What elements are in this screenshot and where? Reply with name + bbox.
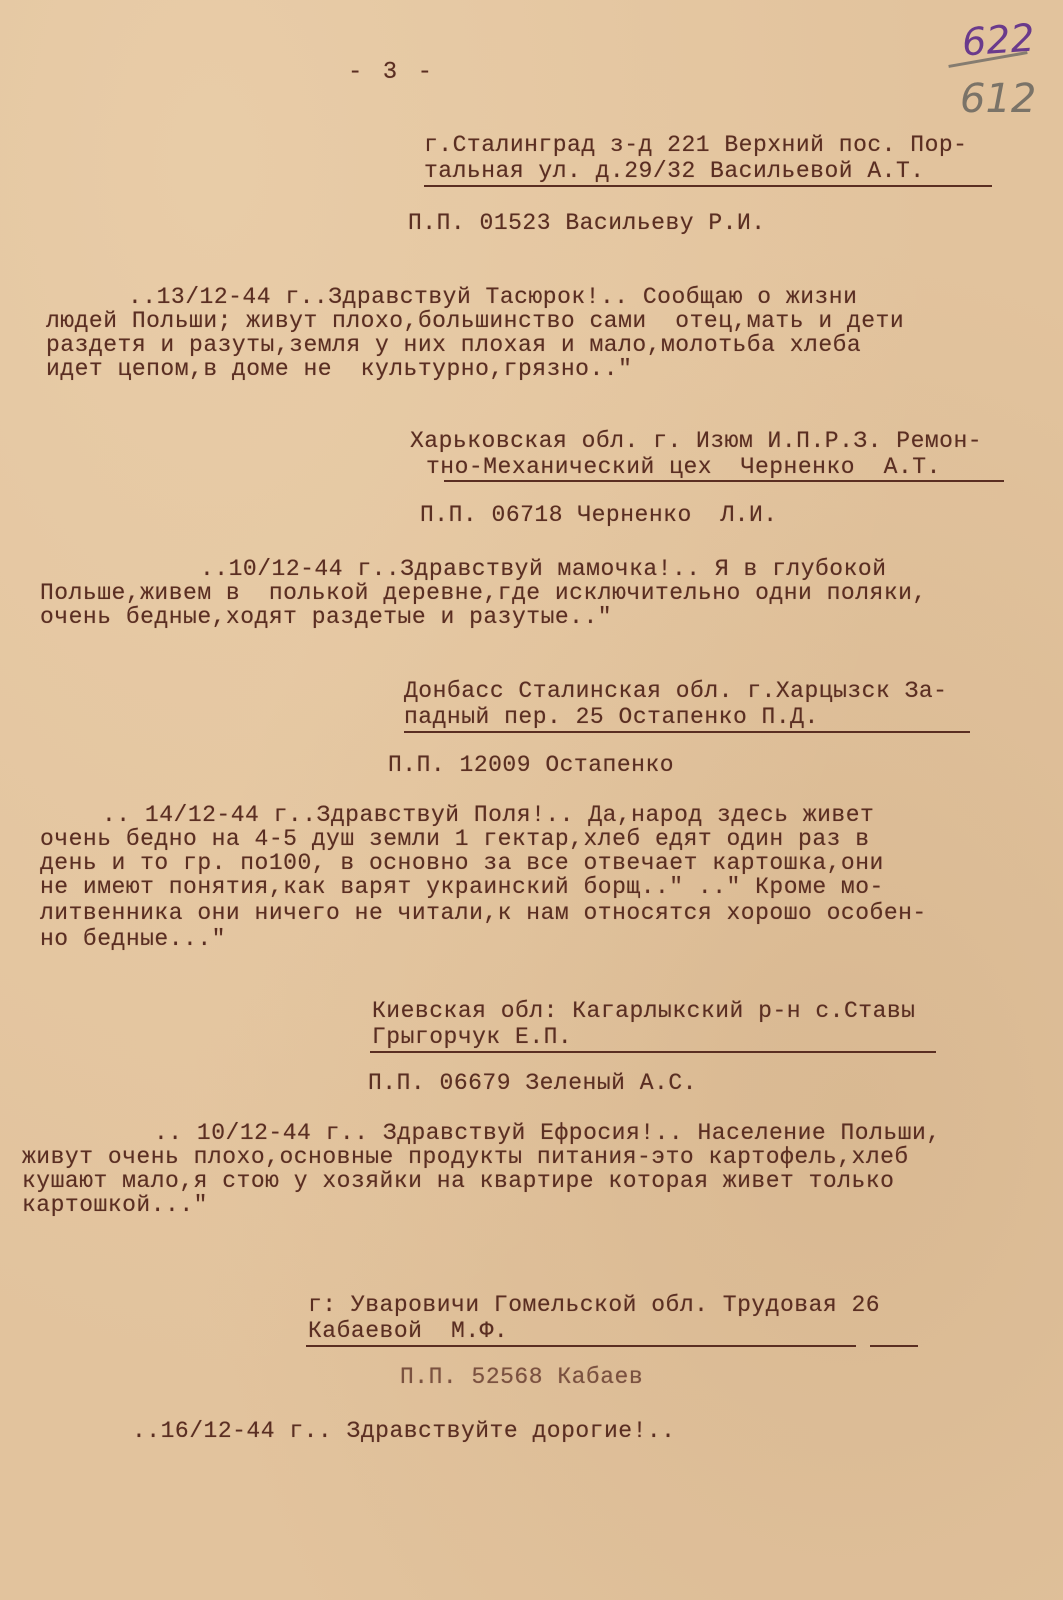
entry-4-letter-line-2: живут очень плохо,основные продукты пита… [22, 1144, 909, 1170]
entry-3-address-line-1: Донбасс Сталинская обл. г.Харцызск За- [404, 678, 948, 704]
entry-2-letter-line-2: Польше,живем в полькой деревне,где исклю… [40, 580, 927, 606]
entry-1-letter-line-1: ..13/12-44 г..Здравствуй Тасюрок!.. Сооб… [128, 284, 857, 310]
entry-1-letter-line-4: идет цепом,в доме не культурно,грязно.." [46, 356, 632, 382]
entry-4-address-underline [370, 1051, 936, 1053]
entry-3-letter-line-4: не имеют понятия,как варят украинский бо… [40, 874, 884, 900]
archive-number-current: 612 [960, 76, 1036, 122]
entry-3-sender: П.П. 12009 Остапенко [388, 752, 674, 778]
entry-5-address-underline-tail [870, 1345, 918, 1347]
entry-4-letter-line-4: картошкой..." [22, 1192, 208, 1218]
entry-4-sender: П.П. 06679 Зеленый А.С. [368, 1070, 697, 1096]
entry-5-address-underline [306, 1345, 856, 1347]
document-page: - 3 - 622 612 г.Сталинград з-д 221 Верхн… [0, 0, 1063, 1600]
entry-2-letter-line-1: ..10/12-44 г..Здравствуй мамочка!.. Я в … [200, 556, 887, 582]
entry-2-sender: П.П. 06718 Черненко Л.И. [420, 502, 778, 528]
entry-4-address-line-1: Киевская обл: Кагарлыкский р-н с.Ставы [372, 998, 916, 1024]
entry-3-letter-line-6: но бедные..." [40, 926, 226, 952]
entry-5-sender: П.П. 52568 Кабаев [400, 1364, 643, 1390]
entry-1-letter-line-2: людей Польши; живут плохо,большинство са… [46, 308, 904, 334]
entry-3-letter-line-5: литвенника они ничего не читали,к нам от… [40, 900, 927, 926]
entry-3-letter-line-1: .. 14/12-44 г..Здравствуй Поля!.. Да,нар… [102, 802, 874, 828]
page-number: - 3 - [348, 60, 435, 86]
entry-3-address-underline [404, 731, 970, 733]
entry-1-sender: П.П. 01523 Васильеву Р.И. [408, 210, 766, 236]
entry-1-address-line-1: г.Сталинград з-д 221 Верхний пос. Пор- [424, 132, 968, 158]
entry-2-address-underline [444, 480, 1004, 482]
entry-5-letter-line-1: ..16/12-44 г.. Здравствуйте дорогие!.. [132, 1418, 676, 1444]
entry-4-letter-line-1: .. 10/12-44 г.. Здравствуй Ефросия!.. На… [154, 1120, 941, 1146]
entry-3-letter-line-2: очень бедно на 4-5 душ земли 1 гектар,хл… [40, 826, 870, 852]
entry-2-letter-line-3: очень бедные,ходят раздетые и разутые.." [40, 604, 612, 630]
entry-2-address-line-2: тно-Механический цех Черненко А.Т. [426, 454, 941, 480]
entry-4-letter-line-3: кушают мало,я стою у хозяйки на квартире… [22, 1168, 894, 1194]
entry-3-letter-line-3: день и то гр. по100, в основно за все от… [40, 850, 884, 876]
entry-1-address-underline [424, 185, 992, 187]
entry-5-address-line-1: г: Уваровичи Гомельской обл. Трудовая 26 [308, 1292, 880, 1318]
entry-1-letter-line-3: раздетя и разуты,земля у них плохая и ма… [46, 332, 861, 358]
entry-1-address-line-2: тальная ул. д.29/32 Васильевой А.Т. [424, 158, 925, 184]
entry-4-address-line-2: Грыгорчук Е.П. [372, 1024, 572, 1050]
entry-5-address-line-2: Кабаевой М.Ф. [308, 1318, 508, 1344]
entry-3-address-line-2: падный пер. 25 Остапенко П.Д. [404, 704, 819, 730]
entry-2-address-line-1: Харьковская обл. г. Изюм И.П.Р.З. Ремон- [410, 428, 982, 454]
